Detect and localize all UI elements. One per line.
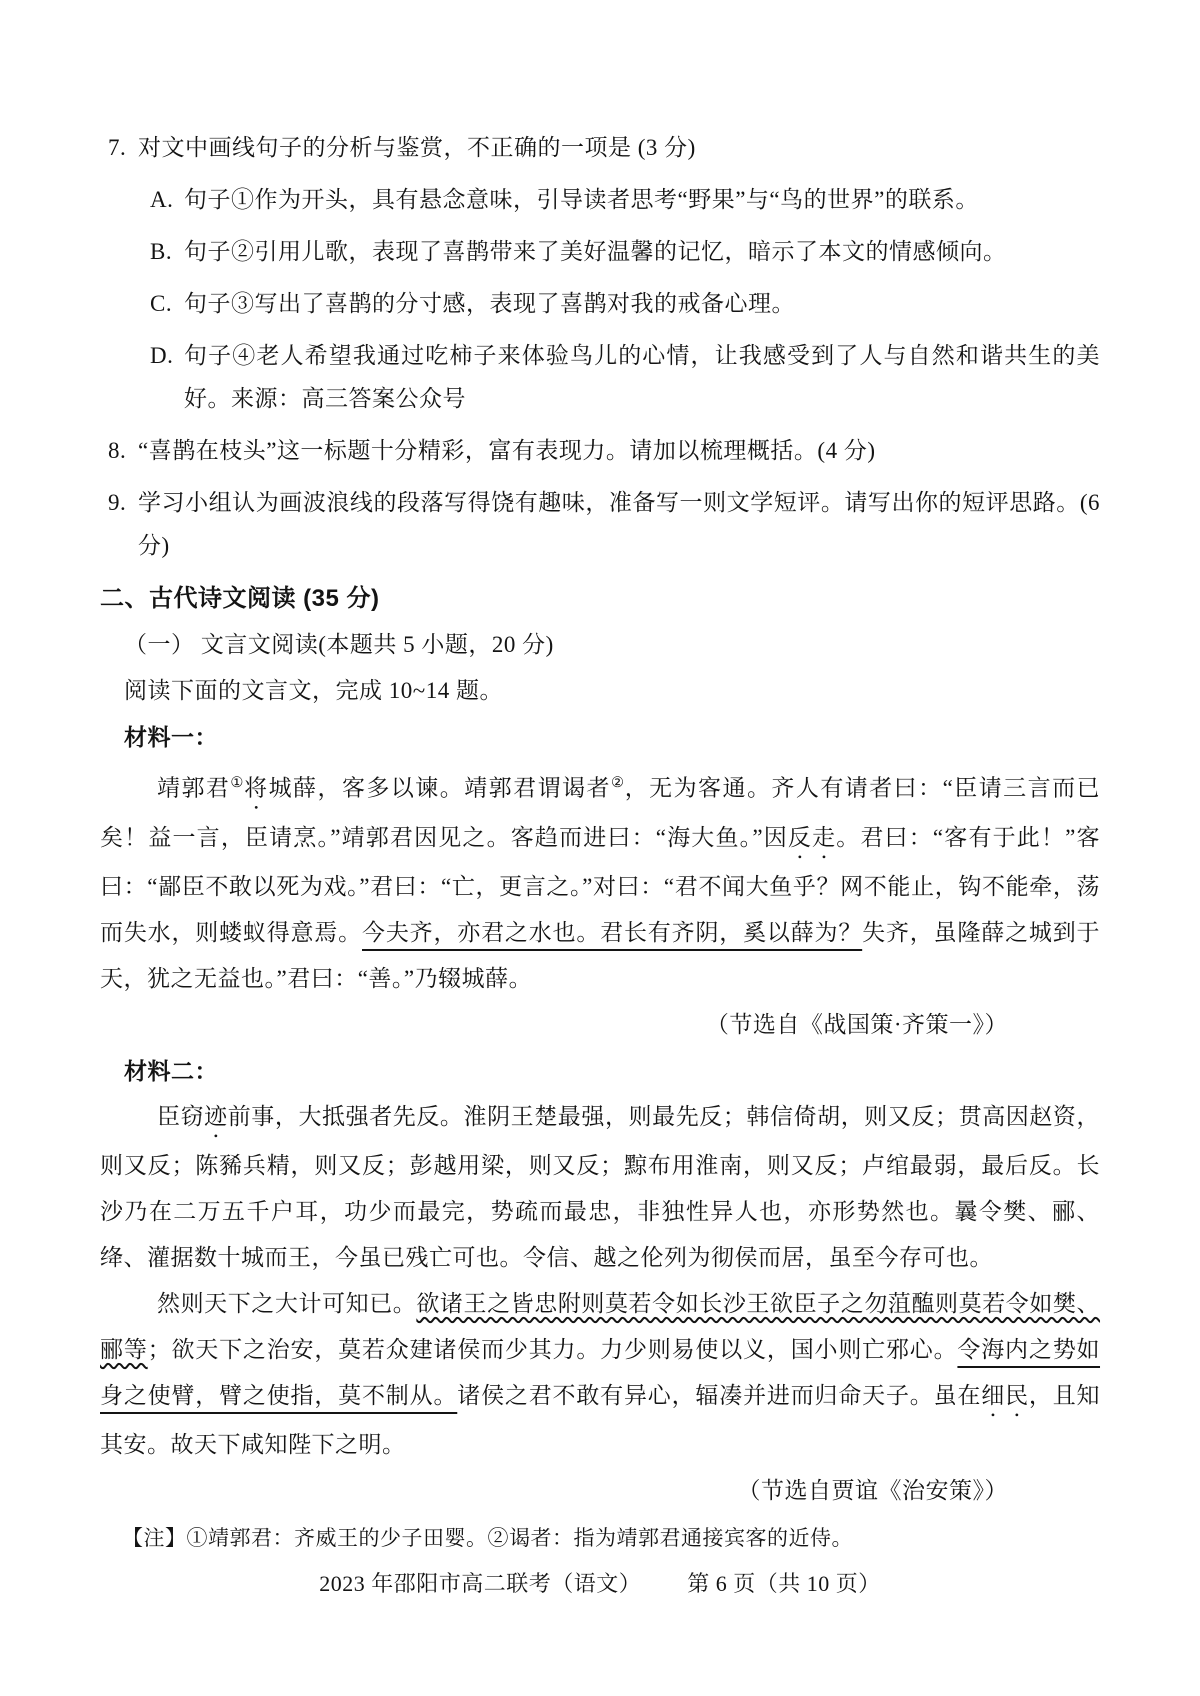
question-8-text: “喜鹊在枝头”这一标题十分精彩，富有表现力。请加以梳理概括。(4 分): [138, 438, 876, 463]
question-7-option-c: C.句子③写出了喜鹊的分寸感，表现了喜鹊对我的戒备心理。: [100, 282, 1100, 325]
question-7-option-a: A.句子①作为开头，具有悬念意味，引导读者思考“野果”与“鸟的世界”的联系。: [100, 178, 1100, 221]
passage-segment: 靖郭君: [157, 776, 230, 801]
passage-segment: 城薛，客多以谏。靖郭君谓谒者: [269, 776, 611, 801]
question-8: 8.“喜鹊在枝头”这一标题十分精彩，富有表现力。请加以梳理概括。(4 分): [100, 429, 1100, 472]
passage-segment-em: 细民: [981, 1383, 1029, 1408]
passage-segment: 前事，大抵强者先反。淮阴王楚最强，则最先反；韩信倚胡，则又反；贯高因赵资，则又反…: [100, 1104, 1100, 1270]
option-c-label: C.: [150, 282, 172, 325]
passage-segment-sup: ①: [230, 775, 244, 791]
passage-segment-em: 迹: [204, 1104, 228, 1129]
passage-segment: 诸侯之君不敢有异心，辐凑并进而归命天子。虽在: [457, 1383, 981, 1408]
passage-segment: 臣窃: [157, 1104, 204, 1129]
footnote: 【注】①靖郭君：齐威王的少子田婴。②谒者：指为靖郭君通接宾客的近侍。: [100, 1516, 1100, 1560]
question-7-number: 7.: [108, 126, 126, 169]
question-9: 9.学习小组认为画波浪线的段落写得饶有趣味，准备写一则文学短评。请写出你的短评思…: [100, 481, 1100, 567]
material-2-source: （节选自贾谊《治安策》）: [100, 1468, 1100, 1514]
passage-segment: ；欲天下之治安，莫若众建诸侯而少其力。力少则易使以义，国小则亡邪心。: [148, 1337, 958, 1362]
material-1-passage: 靖郭君①将城薛，客多以谏。靖郭君谓谒者②，无为客通。齐人有请者曰：“臣请三言而已…: [100, 760, 1100, 1002]
question-7-option-b: B.句子②引用儿歌，表现了喜鹊带来了美好温馨的记忆，暗示了本文的情感倾向。: [100, 230, 1100, 273]
passage-segment-em: 反走: [788, 825, 836, 850]
option-b-label: B.: [150, 230, 172, 273]
material-1-heading: 材料一：: [100, 714, 1100, 760]
passage-segment-em: 将: [244, 776, 268, 801]
material-1-source: （节选自《战国策·齐策一》）: [100, 1002, 1100, 1048]
passage-segment-u: 今夫齐，亦君之水也。君长有齐阴，奚以薛为？: [362, 920, 862, 945]
question-9-number: 9.: [108, 481, 126, 524]
option-b-text: 句子②引用儿歌，表现了喜鹊带来了美好温馨的记忆，暗示了本文的情感倾向。: [184, 239, 1007, 264]
exam-paper-page: 7.对文中画线句子的分析与鉴赏，不正确的一项是 (3 分) A.句子①作为开头，…: [0, 0, 1200, 1696]
passage-segment-sup: ②: [611, 775, 625, 791]
material-2-paragraph-2: 然则天下之大计可知已。欲诸王之皆忠附则莫若令如长沙王欲臣子之勿菹醢则莫若令如樊、…: [100, 1281, 1100, 1468]
page-footer: 2023 年邵阳市高二联考（语文）第 6 页（共 10 页）: [100, 1564, 1100, 1604]
question-7: 7.对文中画线句子的分析与鉴赏，不正确的一项是 (3 分): [100, 126, 1100, 169]
option-a-text: 句子①作为开头，具有悬念意味，引导读者思考“野果”与“鸟的世界”的联系。: [184, 187, 979, 212]
option-d-label: D.: [150, 334, 173, 377]
question-9-text: 学习小组认为画波浪线的段落写得饶有趣味，准备写一则文学短评。请写出你的短评思路。…: [138, 490, 1100, 558]
option-a-label: A.: [150, 178, 173, 221]
footer-page-number: 第 6 页（共 10 页）: [687, 1571, 881, 1596]
section-2-intro: 阅读下面的文言文，完成 10~14 题。: [100, 668, 1100, 714]
option-d-text: 句子④老人希望我通过吃柿子来体验鸟儿的心情，让我感受到了人与自然和谐共生的美好。…: [184, 343, 1100, 411]
question-8-number: 8.: [108, 429, 126, 472]
section-2-title: 二、古代诗文阅读 (35 分): [100, 576, 1100, 622]
question-7-stem: 对文中画线句子的分析与鉴赏，不正确的一项是 (3 分): [138, 135, 696, 160]
question-7-option-d: D.句子④老人希望我通过吃柿子来体验鸟儿的心情，让我感受到了人与自然和谐共生的美…: [100, 334, 1100, 420]
material-2-heading: 材料二：: [100, 1048, 1100, 1094]
section-2-subtitle: （一） 文言文阅读(本题共 5 小题，20 分): [100, 622, 1100, 668]
option-c-text: 句子③写出了喜鹊的分寸感，表现了喜鹊对我的戒备心理。: [184, 291, 795, 316]
material-2-paragraph-1: 臣窃迹前事，大抵强者先反。淮阴王楚最强，则最先反；韩信倚胡，则又反；贯高因赵资，…: [100, 1094, 1100, 1281]
footer-exam-title: 2023 年邵阳市高二联考（语文）: [319, 1571, 641, 1596]
passage-segment: 然则天下之大计可知已。: [157, 1291, 416, 1316]
